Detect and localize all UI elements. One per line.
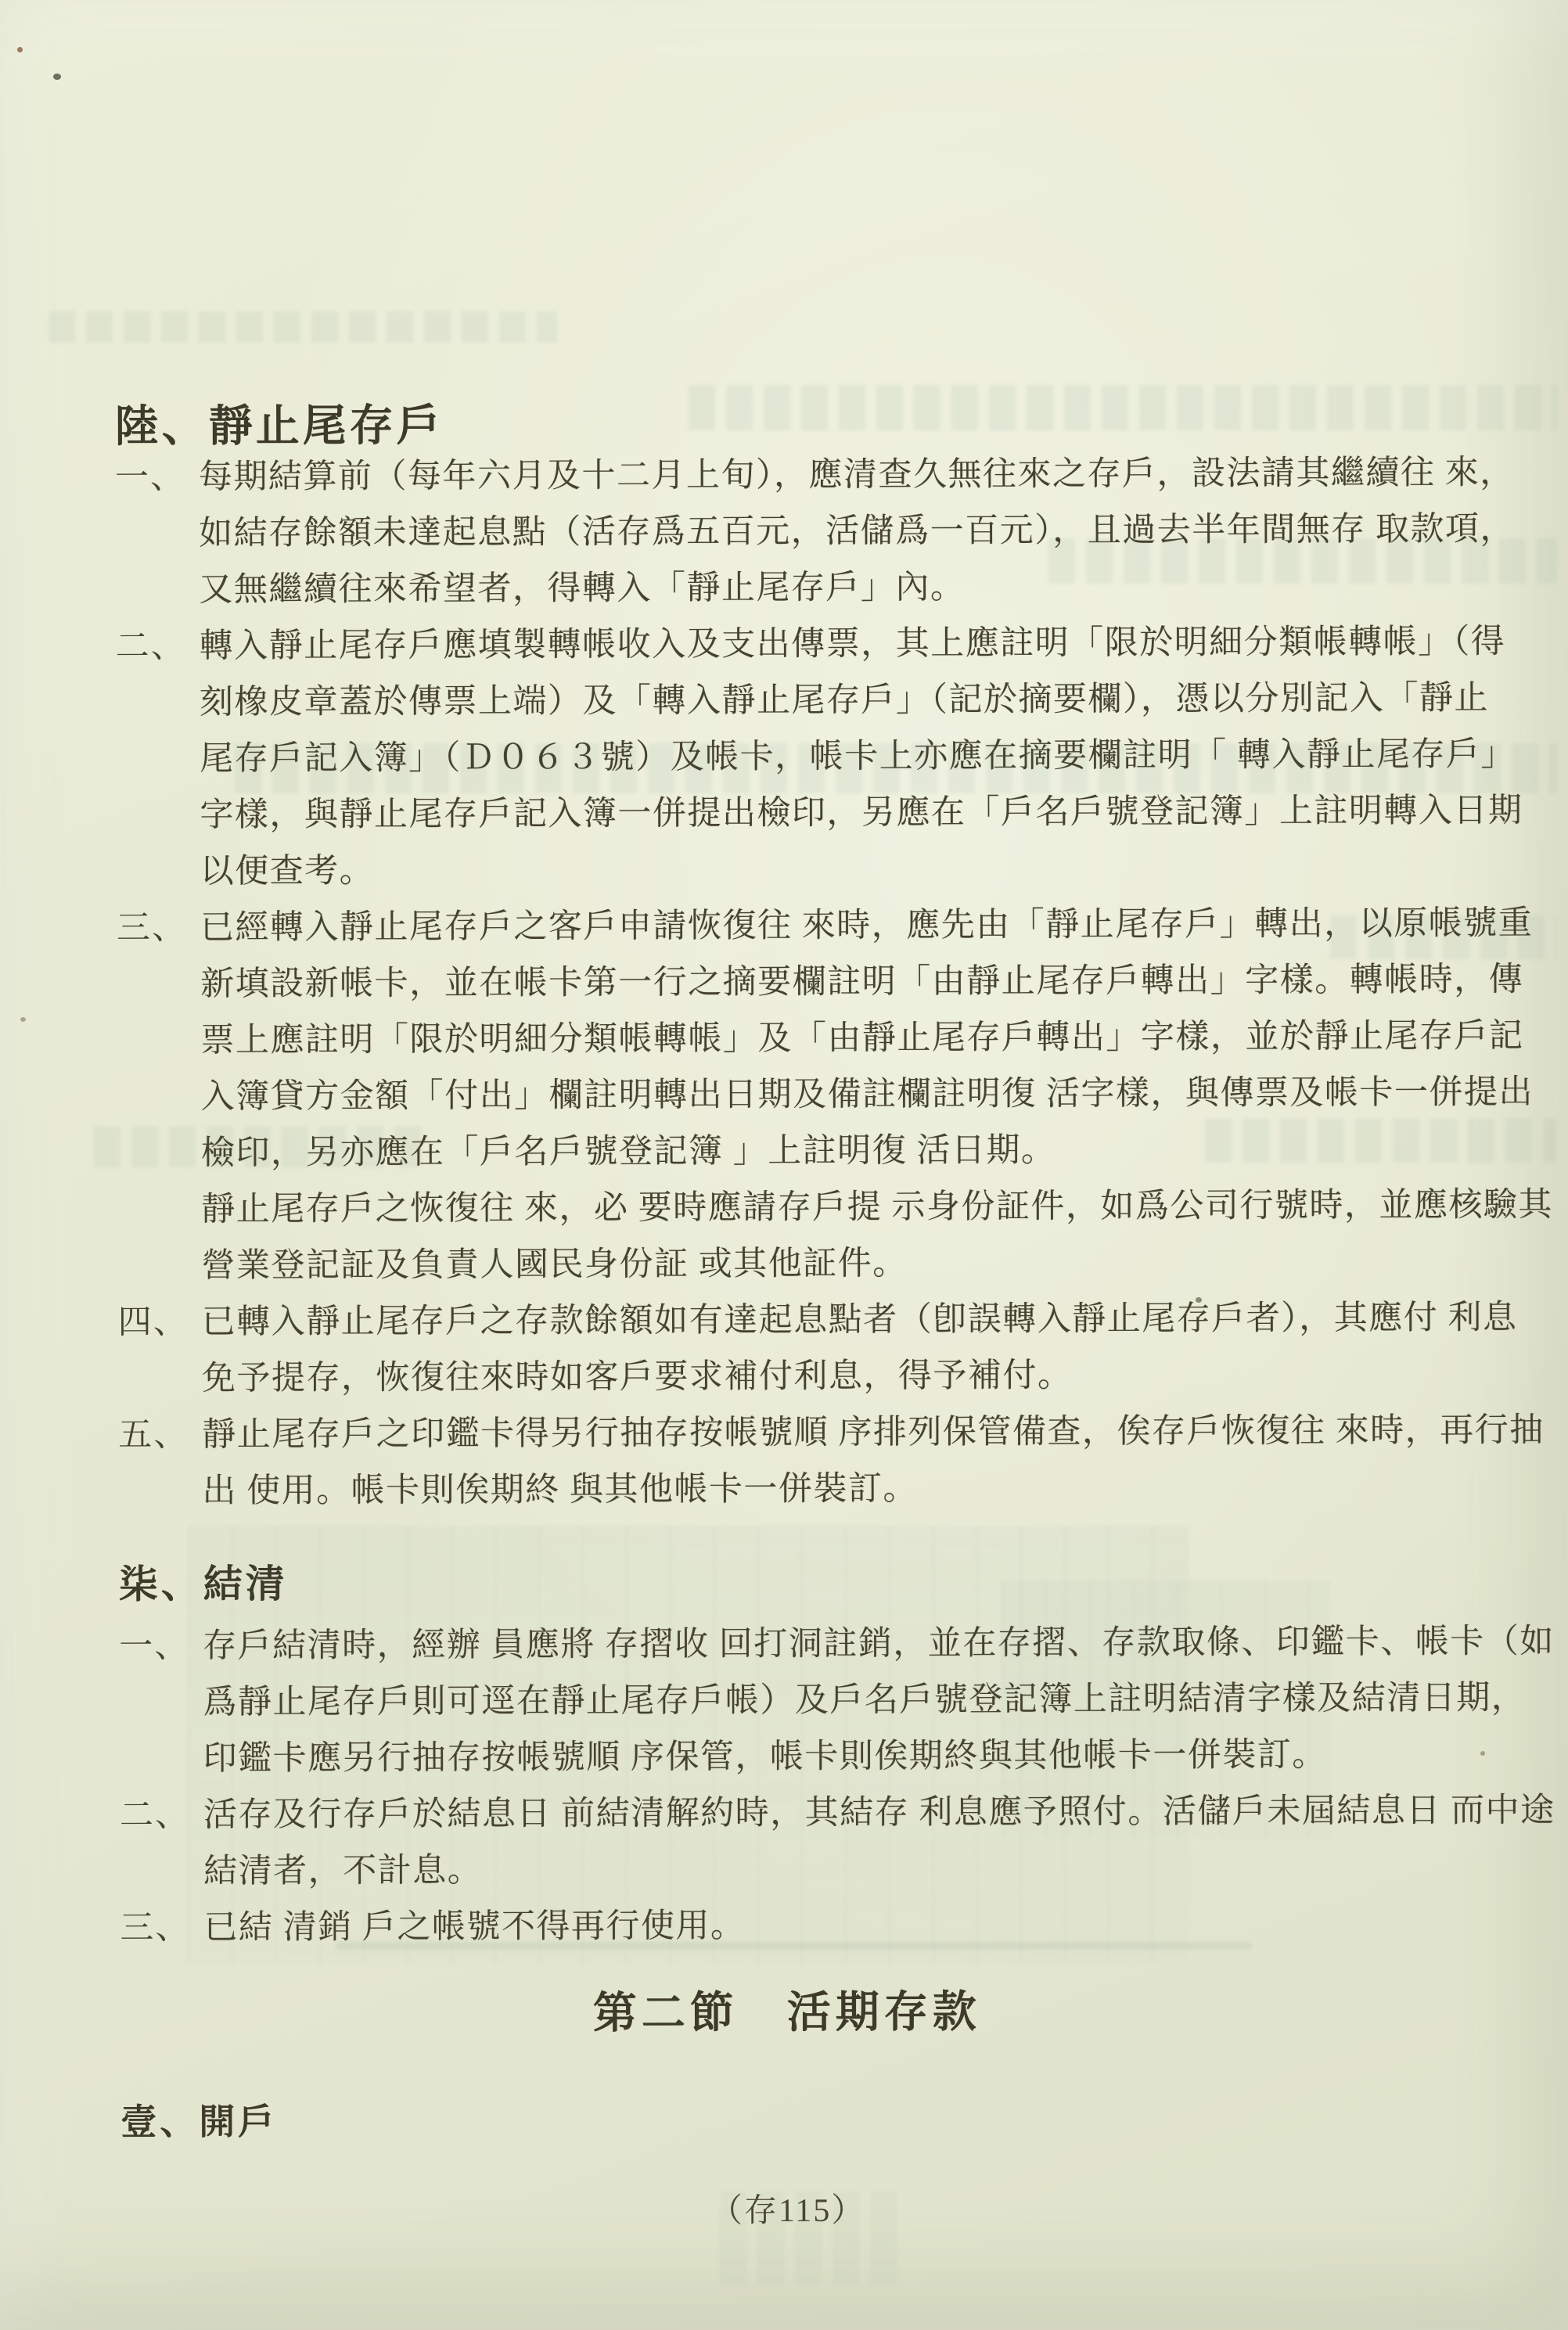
section-heading-dormant-accounts: 陸、靜止尾存戶 bbox=[115, 399, 444, 455]
item-number: 一、 bbox=[115, 450, 199, 506]
item-number: 五、 bbox=[118, 1408, 202, 1464]
text-line: 刻橡皮章蓋於傳票上端）及「轉入靜止尾存戶」（記於摘要欄），憑以分別記入「靜止 bbox=[200, 671, 1516, 732]
text-line: 票上應註明「限於明細分類帳轉帳」及「由靜止尾存戶轉出」字樣，並於靜止尾存戶記 bbox=[200, 1009, 1517, 1070]
page-number: （存115） bbox=[4, 2184, 1568, 2237]
text-line: 入簿貸方金額「付出」欄註明轉出日期及備註欄註明復 活字樣，與傳票及帳卡一併提出 bbox=[201, 1065, 1518, 1126]
list-item: 三、已結 清銷 戶之帳號不得再行使用。 bbox=[120, 1896, 1520, 1957]
list-item: 一、存戶結清時，經辦 員應將 存摺收 回打洞註銷，並在存摺、存款取條、印鑑卡、帳… bbox=[119, 1614, 1520, 1788]
list-item: 三、已經轉入靜止尾存戶之客戶申請恢復往 來時，應先由「靜止尾存戶」轉出，以原帳號… bbox=[117, 896, 1519, 1295]
text-line: 尾存戶記入簿」（Ｄ０６３號）及帳卡，帳卡上亦應在摘要欄註明「 轉入靜止尾存戶」 bbox=[200, 727, 1516, 788]
text-line: 檢印，另亦應在「戶名戶號登記簿 」上註明復 活日期。 bbox=[201, 1121, 1518, 1182]
part-title-demand-deposits: 第二節 活期存款 bbox=[3, 1983, 1568, 2043]
item-number: 三、 bbox=[117, 901, 200, 957]
item-number: 三、 bbox=[120, 1900, 203, 1957]
item-number: 二、 bbox=[116, 619, 200, 675]
list-item: 五、靜止尾存戶之印鑑卡得另行抽存按帳號順 序排列保管備查，俟存戶恢復往 來時，再… bbox=[118, 1403, 1519, 1520]
text-line: 以便查考。 bbox=[200, 840, 1517, 901]
dormant-accounts-rules-list: 一、每期結算前（每年六月及十二月上旬），應清查久無往來之存戶，設法請其繼續往 來… bbox=[115, 445, 1519, 1520]
text-line: 存戶結清時，經辦 員應將 存摺收 回打洞註銷，並在存摺、存款取條、印鑑卡、帳卡（… bbox=[203, 1614, 1519, 1675]
text-line: 爲靜止尾存戶則可逕在靜止尾存戶帳）及戶名戶號登記簿上註明結清字樣及結清日期， bbox=[203, 1670, 1519, 1731]
document-page: 陸、靜止尾存戶 一、每期結算前（每年六月及十二月上旬），應清查久無往來之存戶，設… bbox=[0, 0, 1568, 2330]
section-heading-settlement: 柒、結清 bbox=[119, 1559, 288, 1609]
text-line: 轉入靜止尾存戶應填製轉帳收入及支出傳票，其上應註明「限於明細分類帳轉帳」（得 bbox=[200, 614, 1516, 675]
section-heading-open-account: 壹、開戶 bbox=[120, 2098, 277, 2146]
text-line: 免予提存，恢復往來時如客戶要求補付利息，得予補付。 bbox=[202, 1347, 1519, 1408]
page-content: 陸、靜止尾存戶 一、每期結算前（每年六月及十二月上旬），應清查久無往來之存戶，設… bbox=[0, 0, 1568, 2330]
text-line: 已結 清銷 戶之帳號不得再行使用。 bbox=[203, 1896, 1520, 1957]
text-line: 每期結算前（每年六月及十二月上旬），應清查久無往來之存戶，設法請其繼續往 來， bbox=[199, 445, 1516, 506]
list-item: 一、每期結算前（每年六月及十二月上旬），應清查久無往來之存戶，設法請其繼續往 來… bbox=[115, 445, 1516, 619]
settlement-rules-list: 一、存戶結清時，經辦 員應將 存摺收 回打洞註銷，並在存摺、存款取條、印鑑卡、帳… bbox=[119, 1614, 1520, 1957]
text-line: 靜止尾存戶之恢復往 來，必 要時應請存戶提 示身份証件，如爲公司行號時，並應核驗… bbox=[201, 1178, 1518, 1239]
list-item: 二、活存及行存戶於結息日 前結清解約時，其結存 利息應予照付。活儲戶未屆結息日 … bbox=[120, 1783, 1520, 1900]
text-line: 又無繼續往來希望者，得轉入「靜止尾存戶」內。 bbox=[199, 558, 1516, 619]
text-line: 印鑑卡應另行抽存按帳號順 序保管，帳卡則俟期終與其他帳卡一併裝訂。 bbox=[203, 1727, 1520, 1788]
text-line: 靜止尾存戶之印鑑卡得另行抽存按帳號順 序排列保管備查，俟存戶恢復往 來時，再行抽 bbox=[202, 1403, 1519, 1464]
text-line: 如結存餘額未達起息點（活存爲五百元，活儲爲一百元），且過去半年間無存 取款項， bbox=[199, 502, 1516, 563]
list-item: 二、轉入靜止尾存戶應填製轉帳收入及支出傳票，其上應註明「限於明細分類帳轉帳」（得… bbox=[116, 614, 1517, 901]
text-line: 字樣，與靜止尾存戶記入簿一併提出檢印，另應在「戶名戶號登記簿」上註明轉入日期 bbox=[200, 783, 1516, 844]
list-item: 四、已轉入靜止尾存戶之存款餘額如有達起息點者（卽誤轉入靜止尾存戶者），其應付 利… bbox=[118, 1290, 1519, 1408]
text-line: 新填設新帳卡，並在帳卡第一行之摘要欄註明「由靜止尾存戶轉出」字樣。轉帳時，傳 bbox=[200, 952, 1517, 1013]
text-line: 出 使用。帳卡則俟期終 與其他帳卡一併裝訂。 bbox=[202, 1459, 1519, 1520]
text-line: 營業登記証及負責人國民身份証 或其他証件。 bbox=[201, 1234, 1518, 1295]
text-line: 活存及行存戶於結息日 前結清解約時，其結存 利息應予照付。活儲戶未屆結息日 而中… bbox=[203, 1783, 1520, 1844]
text-line: 已經轉入靜止尾存戶之客戶申請恢復往 來時，應先由「靜止尾存戶」轉出，以原帳號重 bbox=[200, 896, 1517, 957]
item-number: 一、 bbox=[119, 1619, 203, 1675]
text-line: 結清者，不計息。 bbox=[203, 1839, 1520, 1900]
item-number: 二、 bbox=[120, 1788, 203, 1844]
text-line: 已轉入靜止尾存戶之存款餘額如有達起息點者（卽誤轉入靜止尾存戶者），其應付 利息 bbox=[202, 1290, 1519, 1351]
item-number: 四、 bbox=[118, 1295, 202, 1351]
